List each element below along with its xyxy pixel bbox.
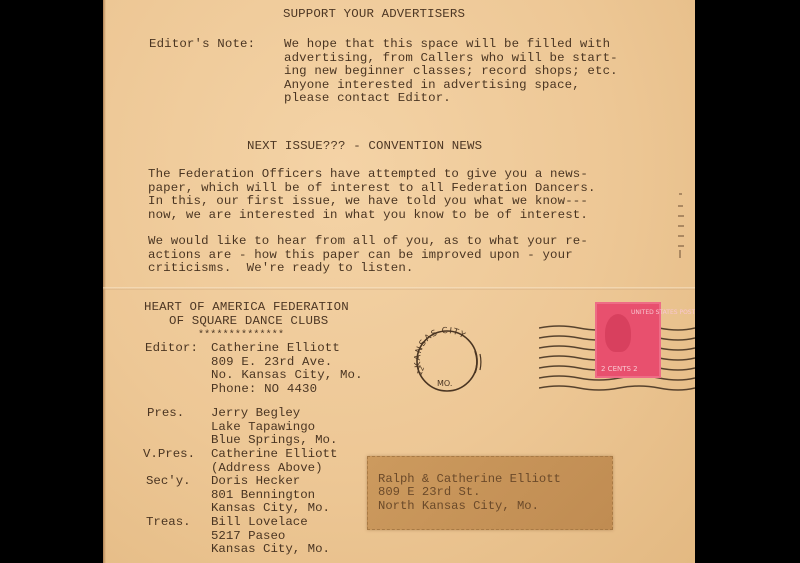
officer-line: Kansas City, Mo. <box>211 502 330 516</box>
heading-next-issue: NEXT ISSUE??? - CONVENTION NEWS <box>247 140 482 154</box>
ink-marks-icon <box>671 190 691 260</box>
paragraph-line: now, we are interested in what you know … <box>148 209 596 223</box>
editor-phone: Phone: NO 4430 <box>211 383 363 397</box>
note-line: advertising, from Callers who will be st… <box>284 52 618 66</box>
editor-name: Catherine Elliott <box>211 342 363 356</box>
svg-text:12: 12 <box>416 365 427 376</box>
editors-note-label: Editor's Note: <box>149 38 255 52</box>
editor-city: No. Kansas City, Mo. <box>211 369 363 383</box>
officer-treasurer: Bill Lovelace5217 PaseoKansas City, Mo. <box>211 516 330 557</box>
address-street: 809 E 23rd St. <box>378 486 561 499</box>
paragraph-line: We would like to hear from all of you, a… <box>148 235 588 249</box>
note-line: ing new beginner classes; record shops; … <box>284 65 618 79</box>
officer-line: Kansas City, Mo. <box>211 543 330 557</box>
officer-line: Lake Tapawingo <box>211 421 337 435</box>
note-line: please contact Editor. <box>284 92 618 106</box>
stamp-country: UNITED STATES POSTAGE <box>631 309 657 316</box>
address-recipient: Ralph & Catherine Elliott <box>378 473 561 486</box>
officer-line: Doris Hecker <box>211 475 330 489</box>
paragraph-line: paper, which will be of interest to all … <box>148 182 596 196</box>
officer-line: Jerry Begley <box>211 407 337 421</box>
paragraph-federation-officers: The Federation Officers have attempted t… <box>148 168 596 222</box>
organization-name-line-1: HEART OF AMERICA FEDERATION <box>144 301 349 315</box>
address-city: North Kansas City, Mo. <box>378 500 561 513</box>
officer-line: Catherine Elliott <box>211 448 337 462</box>
officer-vice-president: Catherine Elliott(Address Above) <box>211 448 337 475</box>
paragraph-feedback: We would like to hear from all of you, a… <box>148 235 588 276</box>
paragraph-line: In this, our first issue, we have told y… <box>148 195 596 209</box>
officer-line: Blue Springs, Mo. <box>211 434 337 448</box>
officer-title-president: Pres. <box>147 407 184 421</box>
address-lines: Ralph & Catherine Elliott809 E 23rd St.N… <box>378 473 561 513</box>
officer-title-vice-president: V.Pres. <box>143 448 195 462</box>
paragraph-line: actions are - how this paper can be impr… <box>148 249 588 263</box>
paragraph-line: criticisms. We're ready to listen. <box>148 262 588 276</box>
officer-line: Bill Lovelace <box>211 516 330 530</box>
officer-title-secretary: Sec'y. <box>146 475 191 489</box>
officer-line: 5217 Paseo <box>211 530 330 544</box>
portrait-icon <box>605 314 631 352</box>
editor-label: Editor: <box>145 342 198 356</box>
officer-president: Jerry BegleyLake TapawingoBlue Springs, … <box>211 407 337 448</box>
heading-support-advertisers: SUPPORT YOUR ADVERTISERS <box>283 8 465 22</box>
editor-details: Catherine Elliott809 E. 23rd Ave.No. Kan… <box>211 342 363 396</box>
fold-crease <box>103 287 695 290</box>
editor-address: 809 E. 23rd Ave. <box>211 356 363 370</box>
svg-text:MO.: MO. <box>437 379 452 388</box>
officer-secretary: Doris Hecker801 BenningtonKansas City, M… <box>211 475 330 516</box>
note-line: Anyone interested in advertising space, <box>284 79 618 93</box>
officer-line: 801 Bennington <box>211 489 330 503</box>
newsletter-page: SUPPORT YOUR ADVERTISERS Editor's Note: … <box>103 0 695 563</box>
organization-name-line-2: OF SQUARE DANCE CLUBS <box>169 315 328 329</box>
postmark-kansas-city-icon: KANSAS CITY MO. 12 <box>409 323 487 397</box>
officer-title-treasurer: Treas. <box>146 516 191 530</box>
stamp-value: 2 CENTS 2 <box>601 365 638 373</box>
mailing-address-label: Ralph & Catherine Elliott809 E 23rd St.N… <box>367 456 613 530</box>
postage-stamp: UNITED STATES POSTAGE 2 CENTS 2 <box>595 302 661 378</box>
svg-text:KANSAS CITY: KANSAS CITY <box>413 326 467 368</box>
note-line: We hope that this space will be filled w… <box>284 38 618 52</box>
editors-note-body: We hope that this space will be filled w… <box>284 38 618 106</box>
paragraph-line: The Federation Officers have attempted t… <box>148 168 596 182</box>
